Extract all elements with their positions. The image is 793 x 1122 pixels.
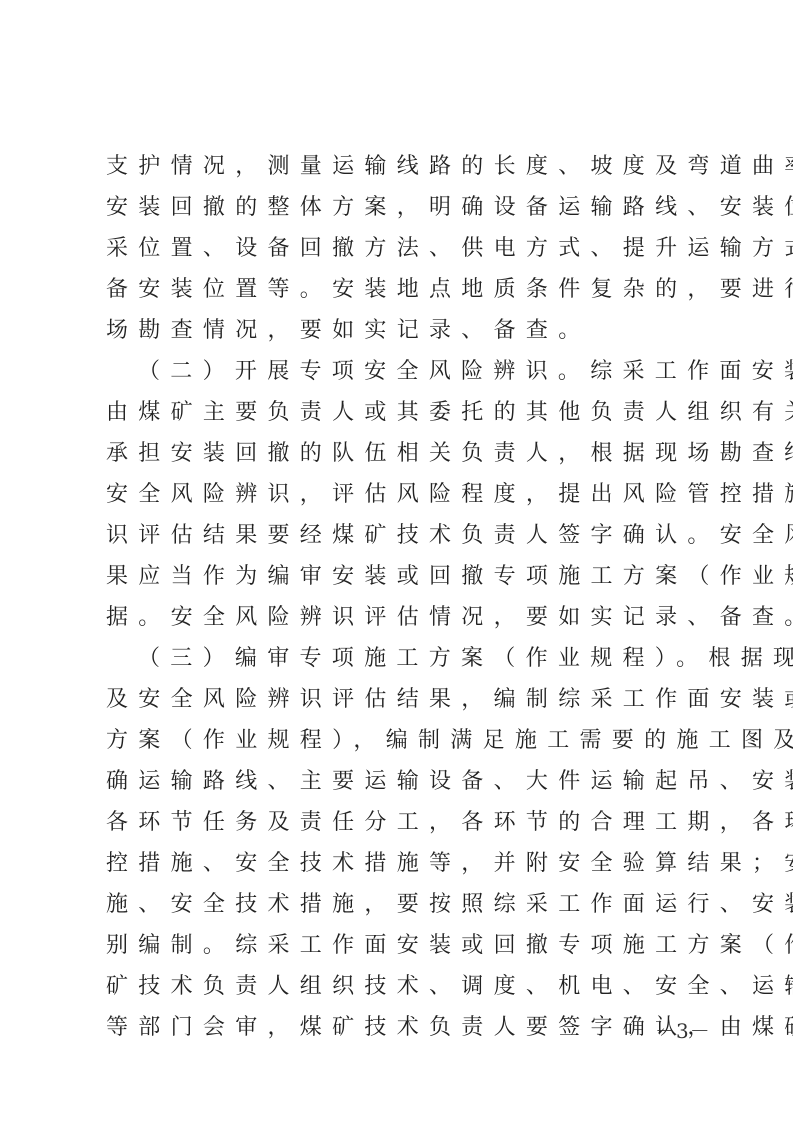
document-page: 支护情况，测量运输线路的长度、坡度及弯道曲率等参数，确定 安装回撤的整体方案，明… — [0, 0, 793, 1122]
body-text: 支护情况，测量运输线路的长度、坡度及弯道曲率等参数，确定 安装回撤的整体方案，明… — [106, 146, 696, 1048]
text-line: 确运输路线、主要运输设备、大件运输起吊、安装或回撤顺序、 — [106, 761, 692, 802]
text-line: 及安全风险辨识评估结果，编制综采工作面安装或回撤专项施工 — [106, 679, 692, 720]
text-line: 支护情况，测量运输线路的长度、坡度及弯道曲率等参数，确定 — [106, 146, 692, 187]
text-line: 施、安全技术措施，要按照综采工作面运行、安装、回撤施工分 — [106, 884, 692, 925]
section-heading-line: （二）开展专项安全风险辨识。综采工作面安装或回撤前， — [106, 351, 692, 392]
text-line: 识评估结果要经煤矿技术负责人签字确认。安全风险辨识评估结 — [106, 515, 692, 556]
text-line: 等部门会审，煤矿技术负责人要签字确认，由煤矿主要负责人审 — [106, 1007, 692, 1048]
text-line: 据。安全风险辨识评估情况，要如实记录、备查。 — [106, 597, 692, 638]
text-line: 由煤矿主要负责人或其委托的其他负责人组织有关职能部门和 — [106, 392, 692, 433]
text-line: 采位置、设备回撤方法、供电方式、提升运输方式及提升运输设 — [106, 228, 692, 269]
text-line: 安全风险辨识，评估风险程度，提出风险管控措施，安全风险辨 — [106, 474, 692, 515]
text-line: 方案（作业规程），编制满足施工需要的施工图及技术资料，明 — [106, 720, 692, 761]
text-line: 备安装位置等。安装地点地质条件复杂的，要进行钻探勘查。现 — [106, 269, 692, 310]
page-number: －3－ — [655, 1015, 711, 1044]
text-line: 果应当作为编审安装或回撤专项施工方案（作业规程）的主要依 — [106, 556, 692, 597]
text-line: 承担安装回撤的队伍相关负责人，根据现场勘查结果，开展专项 — [106, 433, 692, 474]
text-line: 各环节任务及责任分工，各环节的合理工期，各环节安全风险管 — [106, 802, 692, 843]
text-line: 矿技术负责人组织技术、调度、机电、安全、运输、通防、地测 — [106, 966, 692, 1007]
text-line: 别编制。综采工作面安装或回撤专项施工方案（作业规程）由煤 — [106, 925, 692, 966]
text-line: 场勘查情况，要如实记录、备查。 — [106, 310, 692, 351]
section-heading-line: （三）编审专项施工方案（作业规程）。根据现场勘查情况 — [106, 638, 692, 679]
text-line: 控措施、安全技术措施等，并附安全验算结果；安全风险管控措 — [106, 843, 692, 884]
text-line: 安装回撤的整体方案，明确设备运输路线、安装位置，铺网和停 — [106, 187, 692, 228]
